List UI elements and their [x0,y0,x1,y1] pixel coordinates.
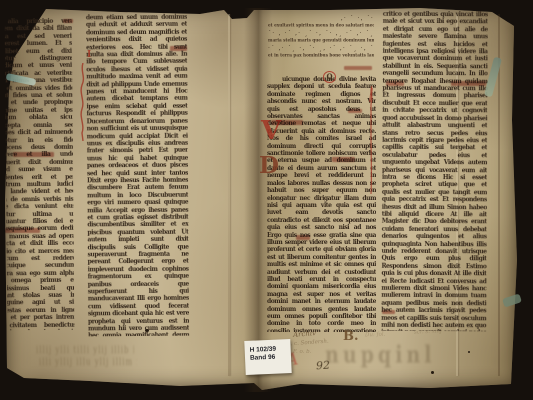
manuscript-photo: et alia principio vera autem dixit da si… [0,0,533,400]
rubric-mark [382,310,395,314]
neume-row: ‚· ´ ·‚ ´· [268,14,374,23]
rubric-mark [296,235,310,240]
neume-row: ´· ‚ ·´ ‚· ¸´ ·‚ ´· ‚¸ ·´ ‚· ´¸ ·‚ ´· [268,29,374,38]
rubric-mark [332,157,355,162]
faded-marginalia: illij ylli tilli ylij illib ilip [36,344,134,356]
ink-speck [145,329,149,332]
ink-offset-ghost-text: nupqinl [325,341,450,369]
shelfmark-line2: Band 96 [250,353,291,362]
red-flourish-mark [367,86,376,194]
rubric-mark [170,46,187,51]
red-squiggle-mark [79,63,87,141]
ink-speck [468,351,470,353]
right-outer-column-text: critico et gentibus quia vincat illos ma… [381,11,488,332]
left-outer-column-lines: et alia principio vera autem dixit da si… [5,18,75,331]
left-outer-column-text: et alia principio vera autem dixit da si… [5,18,75,331]
red-initial-i: I [87,51,91,60]
music-text-line: et exultavit spiritus meus in deo saluta… [268,23,374,28]
circled-initial-q: Q [323,71,336,83]
music-text-line: maria stella maris que genuisti dominum … [268,38,374,43]
faint-note-beside-b: Du: fol. [365,332,386,339]
left-main-column-text: deum etiam sed unum dominus qui eduxit e… [86,14,189,337]
neume-row: ·´ ‚· ´¸ ·‚ ´· ¸‚ ·´ ‚· ´¸ ·‚ ´· ‚¸ ·´ [268,44,374,53]
rubric-mark [5,228,40,233]
shelfmark-label: H 102/39 Band 96 [244,339,291,375]
rubric-mark [63,19,73,23]
rubric-mark [13,152,54,157]
rubric-mark [348,109,362,113]
rubric-mark [386,81,404,86]
rubric-mark [271,120,303,125]
handwritten-number: 92 [316,359,331,373]
fold-crease [228,14,230,376]
rubric-mark [451,81,486,86]
music-text-line: et in terra pax hominibus bone voluntati… [268,53,374,58]
ink-speck [431,371,434,374]
brown-initial-d: D [259,154,279,177]
rubric-mark [344,66,372,70]
faded-marginalia: illi yllij illu yllj illim ipl [39,356,137,368]
right-inner-column-text: uicunque domine divine levita supplex de… [267,76,376,332]
